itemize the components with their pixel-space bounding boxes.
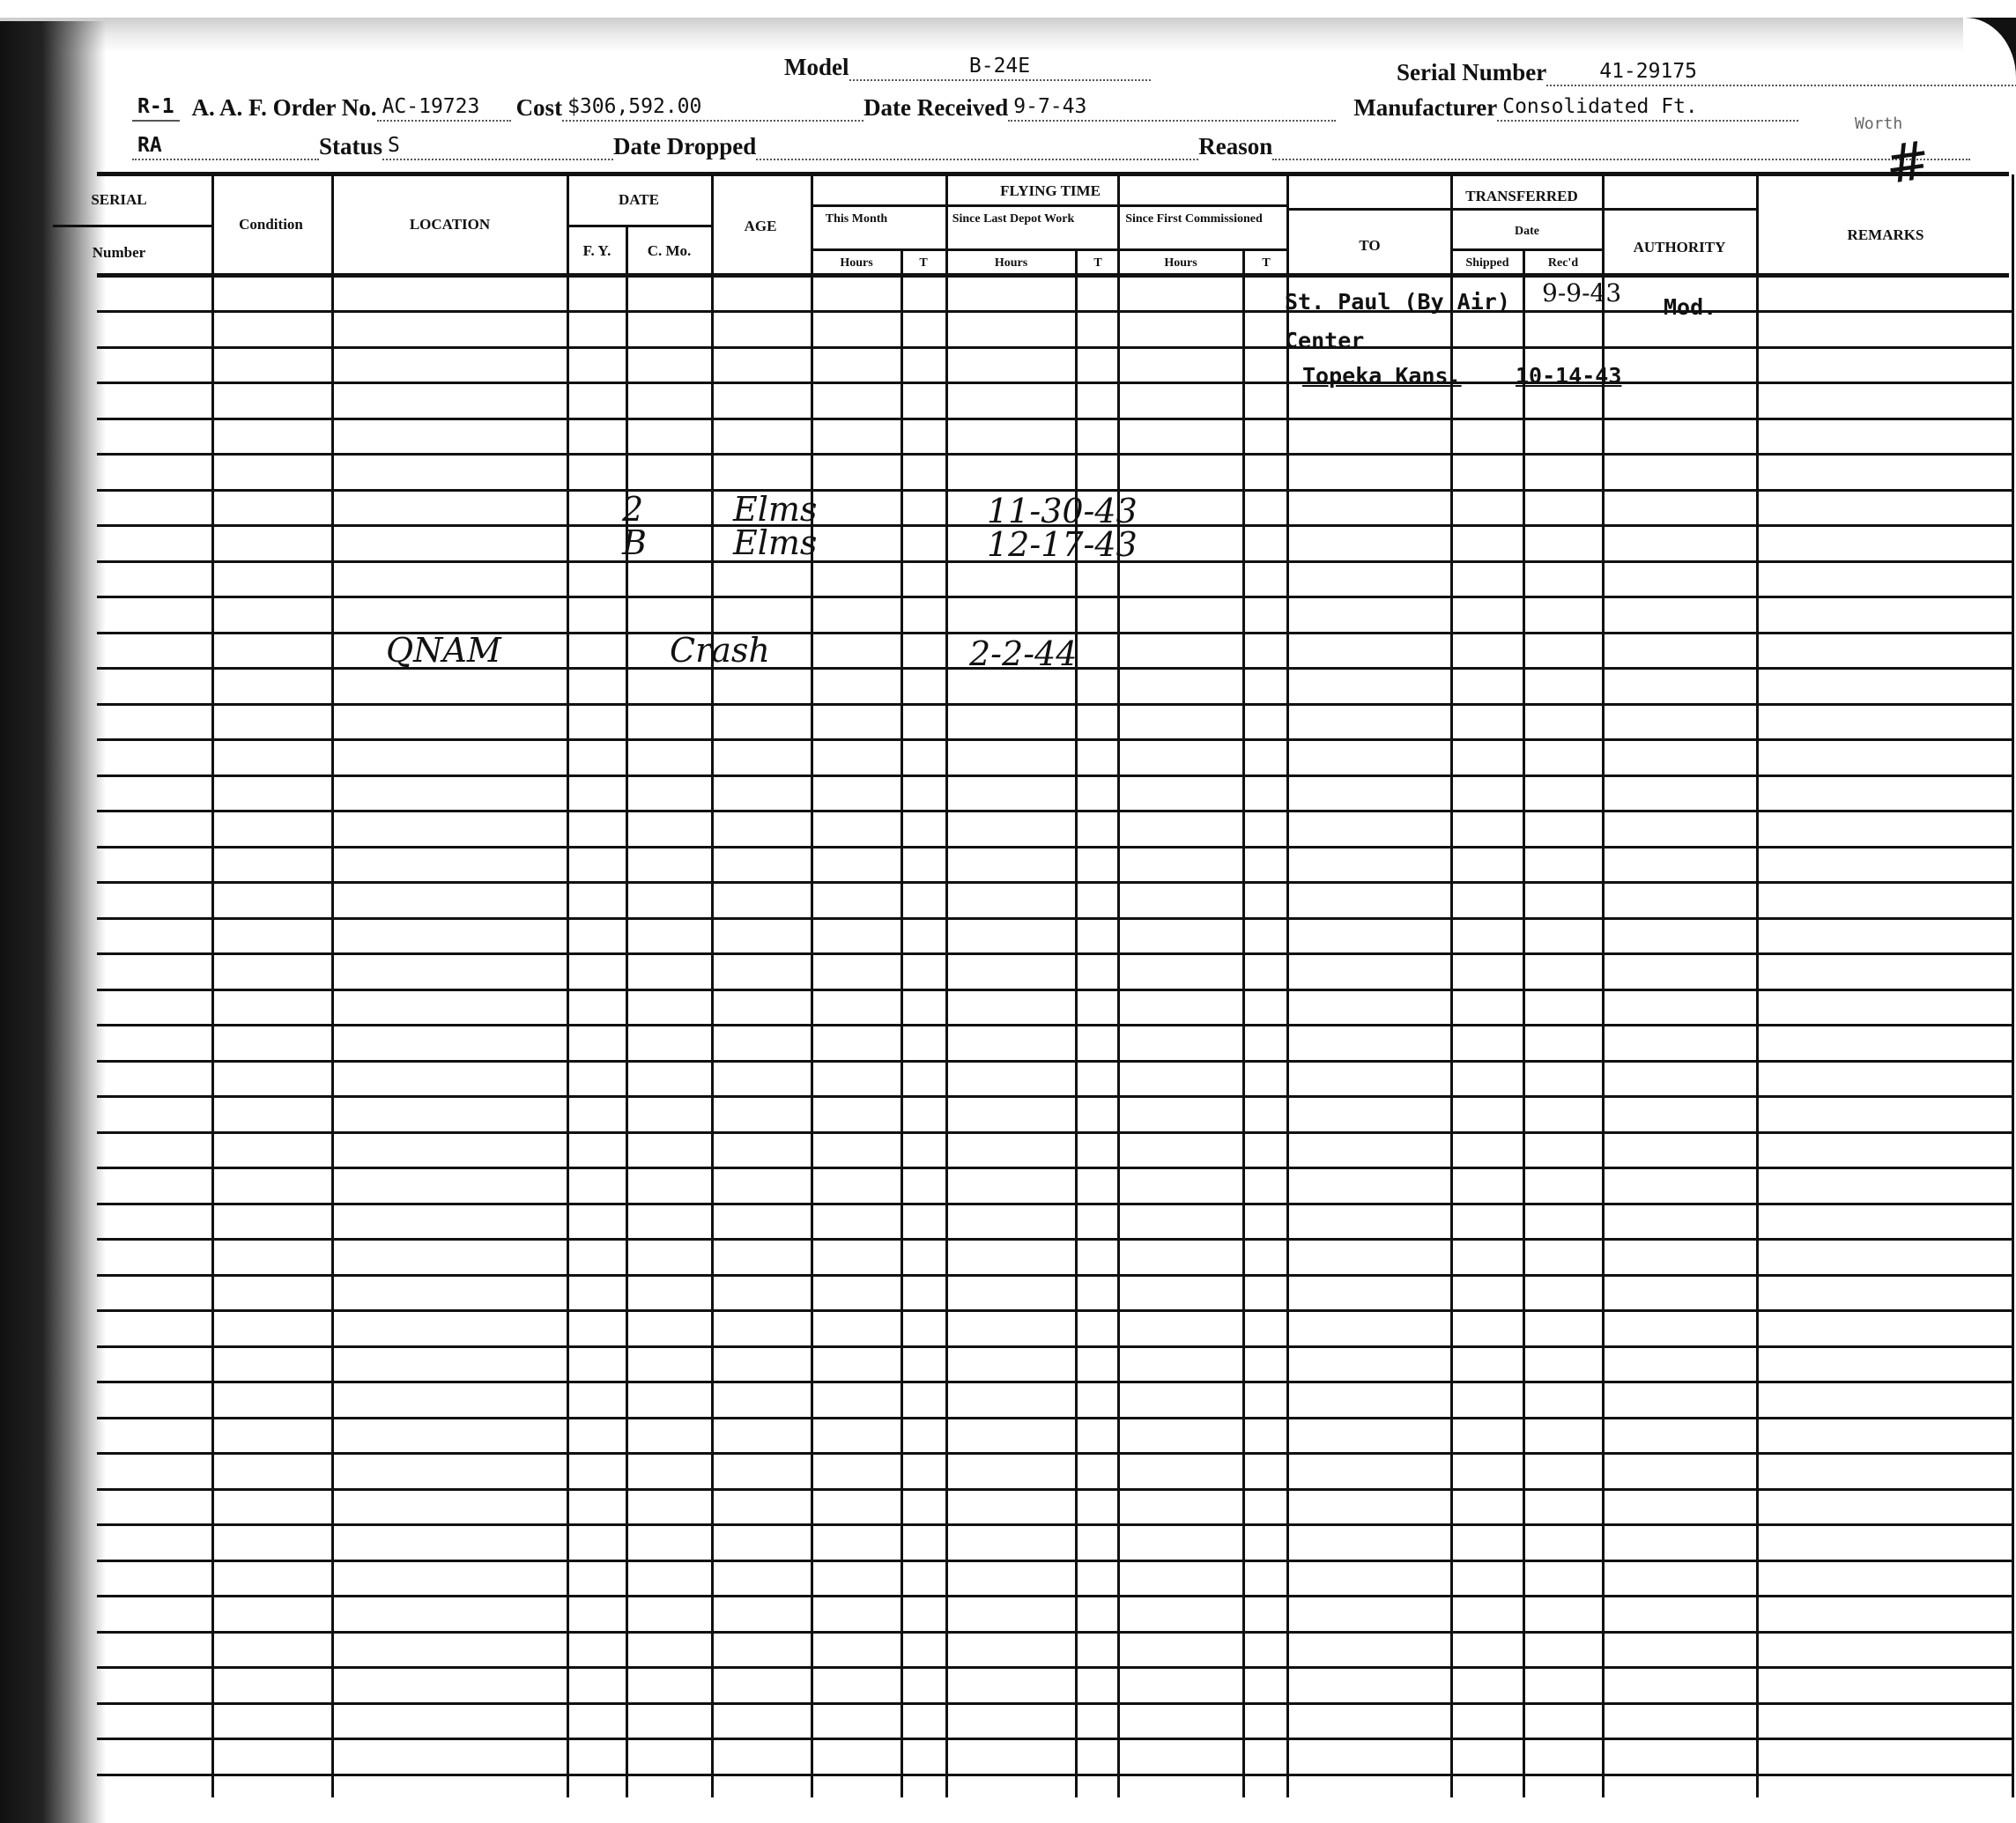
order-label: A. A. F. Order No.	[192, 94, 377, 122]
reason-value	[1272, 157, 1970, 160]
col-cmo-header: C. Mo.	[627, 243, 711, 258]
col-serial-header: SERIAL	[53, 192, 185, 207]
row-rule	[97, 1666, 2013, 1669]
transfer-entry-3-to: Topeka Kans.	[1302, 363, 1462, 389]
col-location-header: LOCATION	[333, 217, 567, 232]
column-rule	[1075, 248, 1078, 1797]
col-flying-time-header: FLYING TIME	[812, 183, 1288, 198]
reason-label: Reason	[1198, 133, 1272, 160]
row-rule	[97, 1060, 2013, 1063]
assignment-code: RA	[132, 134, 319, 160]
row-rule	[97, 1203, 2013, 1205]
transfer-entry-3-date: 10-14-43	[1516, 363, 1621, 389]
row-rule	[97, 596, 2013, 598]
model-label: Model	[784, 54, 849, 81]
row-rule	[97, 738, 2013, 741]
row-rule	[97, 703, 2013, 706]
serial-number-field: Serial Number 41-29175	[1397, 51, 2016, 86]
row-rule	[97, 1131, 2013, 1134]
date-received-value: 9-7-43	[1008, 95, 1336, 122]
class-code: R-1	[132, 95, 180, 122]
col-since-depot-header: Since Last Depot Work	[947, 213, 1079, 226]
row-rule	[97, 1702, 2013, 1705]
row-rule	[97, 1774, 2013, 1776]
flying-time-divider	[812, 204, 1288, 207]
status-line: RA Status S Date Dropped Reason	[132, 125, 1970, 160]
flying-time-sub-divider	[812, 248, 1288, 251]
entry-5-place: Elms	[733, 523, 817, 562]
entry-5-code: B	[622, 523, 647, 562]
date-dropped-label: Date Dropped	[613, 133, 756, 160]
col-this-month-header: This Month	[812, 213, 901, 226]
status-label: Status	[319, 133, 382, 160]
column-rule	[1523, 248, 1525, 1797]
row-rule	[97, 1488, 2013, 1491]
row-rule	[97, 1595, 2013, 1597]
date-divider	[568, 225, 711, 227]
col-age-header: AGE	[712, 219, 809, 233]
serial-number-label: Serial Number	[1397, 59, 1546, 86]
serial-divider	[53, 225, 211, 227]
col-recd-header: Rec'd	[1524, 257, 1602, 270]
row-rule	[97, 952, 2013, 955]
row-rule	[97, 1167, 2013, 1169]
col-date-header: DATE	[568, 192, 709, 207]
col-since-first-header: Since First Commissioned	[1119, 213, 1269, 226]
entry-6-condition: Crash	[670, 631, 770, 670]
row-rule	[97, 382, 2013, 384]
col-transferred-header: TRANSFERRED	[1288, 189, 1755, 204]
header-top-rule	[97, 172, 2009, 176]
row-rule	[97, 1274, 2013, 1277]
row-rule	[97, 846, 2013, 849]
column-rule	[1242, 248, 1245, 1797]
entry-5-date: 12-17-43	[987, 525, 1138, 564]
row-rule	[97, 1560, 2013, 1562]
row-rule	[97, 1095, 2013, 1098]
corner-mark: #	[1881, 130, 1934, 196]
entry-6-date: 2-2-44	[969, 634, 1077, 673]
row-rule	[97, 310, 2013, 313]
column-rule	[901, 248, 903, 1797]
row-rule	[97, 418, 2013, 420]
transferred-divider	[1288, 208, 1757, 211]
row-rule	[97, 1631, 2013, 1634]
col-t-1: T	[902, 257, 945, 270]
col-condition-header: Condition	[211, 217, 330, 232]
transfer-entry-2-to: Center	[1285, 328, 1364, 353]
scan-shadow-left	[0, 21, 106, 1823]
row-rule	[97, 1309, 2013, 1312]
row-rule	[97, 774, 2013, 777]
transfer-entry-1-to: St. Paul (By Air)	[1285, 289, 1510, 315]
col-number-header: Number	[53, 245, 185, 260]
row-rule	[97, 1381, 2013, 1383]
row-rule	[97, 989, 2013, 991]
col-shipped-header: Shipped	[1452, 257, 1523, 270]
row-rule	[97, 1345, 2013, 1348]
transfer-entry-1-extra: Mod.	[1664, 294, 1716, 320]
model-value: B-24E	[849, 55, 1151, 81]
col-fy-header: F. Y.	[568, 243, 626, 258]
row-rule	[97, 1024, 2013, 1026]
col-remarks-header: REMARKS	[1758, 227, 2013, 242]
row-rule	[97, 1738, 2013, 1740]
cost-label: Cost	[516, 94, 563, 122]
row-rule	[97, 1417, 2013, 1419]
row-rule	[97, 1452, 2013, 1455]
date-received-label: Date Received	[863, 94, 1008, 122]
row-rule	[97, 1523, 2013, 1526]
col-date-sub-header: Date	[1452, 226, 1602, 238]
date-dropped-value	[756, 157, 1198, 160]
aircraft-record-card	[0, 21, 2016, 1823]
row-rule	[97, 917, 2013, 920]
row-rule	[97, 881, 2013, 884]
col-hours-1: Hours	[812, 257, 901, 270]
model-field: Model B-24E	[784, 46, 1151, 81]
header-bottom-rule	[97, 273, 2009, 278]
transfer-entry-1-date: 9-9-43	[1542, 278, 1621, 308]
entry-6-location: QNAM	[386, 631, 501, 670]
col-hours-2: Hours	[947, 257, 1075, 270]
cost-value: $306,592.00	[562, 95, 863, 122]
col-hours-3: Hours	[1119, 257, 1242, 270]
manufacturer-value: Consolidated Ft.	[1497, 95, 1798, 122]
manufacturer-label: Manufacturer	[1353, 94, 1497, 122]
row-rule	[97, 1238, 2013, 1241]
row-rule	[97, 346, 2013, 349]
col-t-2: T	[1077, 257, 1119, 270]
status-value: S	[382, 134, 613, 160]
col-t-3: T	[1245, 257, 1287, 270]
order-value: AC-19723	[377, 95, 511, 122]
row-rule	[97, 810, 2013, 812]
col-authority-header: AUTHORITY	[1604, 240, 1755, 255]
serial-number-value: 41-29175	[1546, 60, 2016, 86]
date-sub-divider	[1452, 248, 1604, 251]
col-to-header: TO	[1288, 238, 1451, 253]
row-rule	[97, 453, 2013, 456]
order-line: R-1 A. A. F. Order No. AC-19723 Cost $30…	[132, 86, 1798, 122]
